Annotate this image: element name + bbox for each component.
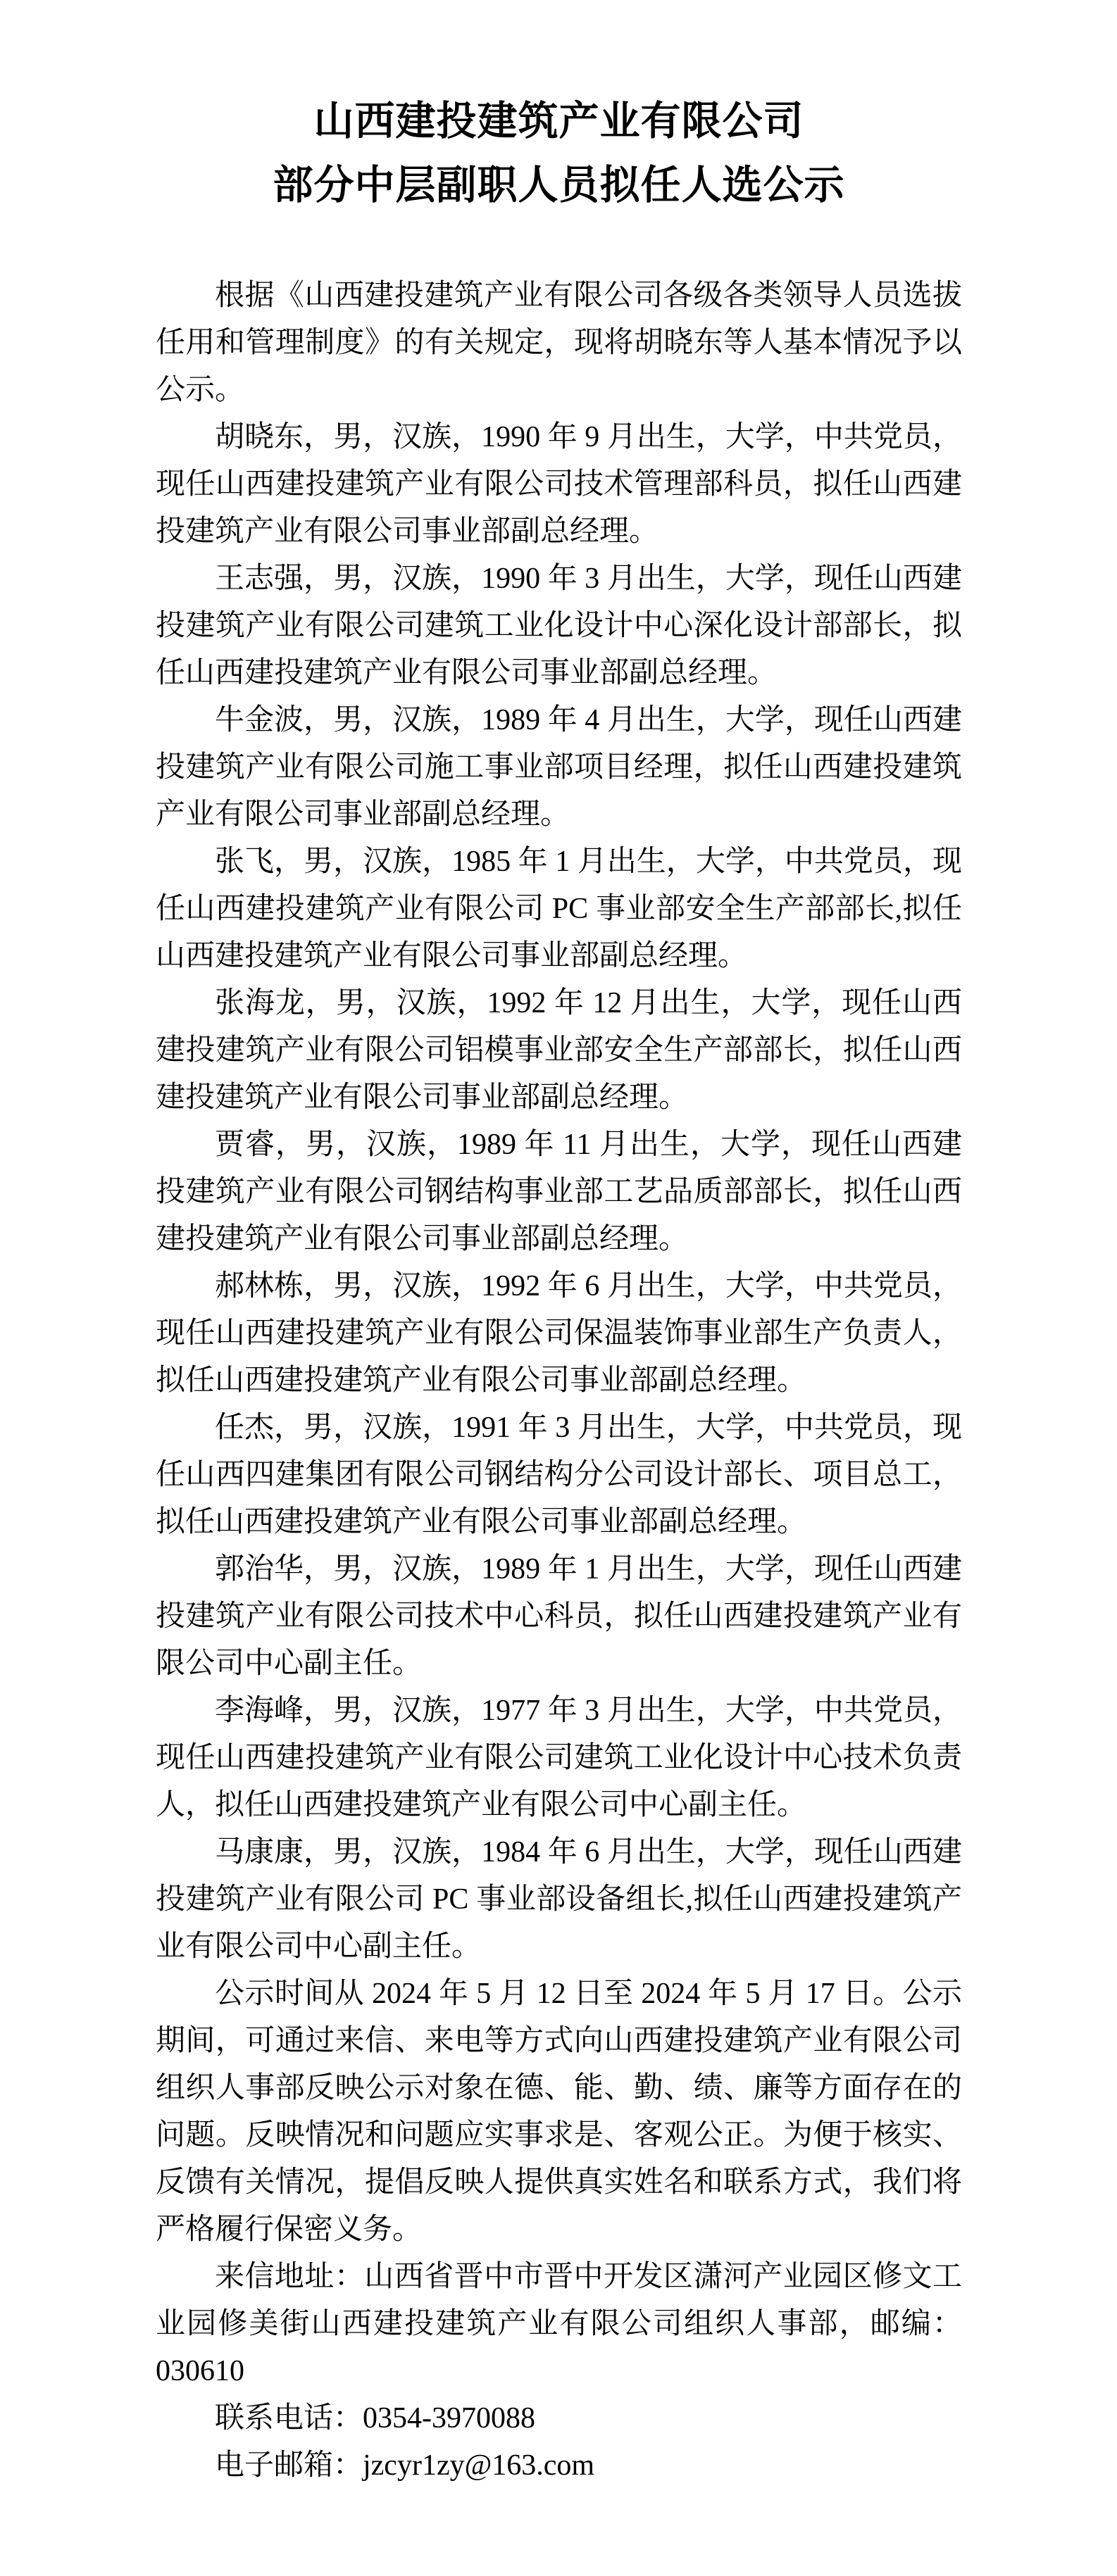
para-person-guo-zhihua: 郭治华，男，汉族，1989 年 1 月出生，大学，现任山西建投建筑产业有限公司技… bbox=[156, 1546, 962, 1688]
document-title-line-2: 部分中层副职人员拟任人选公示 bbox=[156, 153, 962, 218]
para-publicity-period: 公示时间从 2024 年 5 月 12 日至 2024 年 5 月 17 日。公… bbox=[156, 1971, 962, 2254]
para-person-li-haifeng: 李海峰，男，汉族，1977 年 3 月出生，大学，中共党员，现任山西建投建筑产业… bbox=[156, 1688, 962, 1829]
para-intro: 根据《山西建投建筑产业有限公司各级各类领导人员选拔任用和管理制度》的有关规定，现… bbox=[156, 272, 962, 414]
para-email: 电子邮箱：jzcyr1zy@163.com bbox=[156, 2442, 962, 2489]
para-mail-address: 来信地址：山西省晋中市晋中开发区潇河产业园区修文工业园修美街山西建投建筑产业有限… bbox=[156, 2254, 962, 2395]
para-person-wang-zhiqiang: 王志强，男，汉族，1990 年 3 月出生，大学，现任山西建投建筑产业有限公司建… bbox=[156, 555, 962, 697]
announcement-page: 山西建投建筑产业有限公司 部分中层副职人员拟任人选公示 根据《山西建投建筑产业有… bbox=[0, 0, 1117, 2576]
para-person-zhang-fei: 张飞，男，汉族，1985 年 1 月出生，大学，中共党员，现任山西建投建筑产业有… bbox=[156, 838, 962, 980]
para-person-ma-kangkang: 马康康，男，汉族，1984 年 6 月出生，大学，现任山西建投建筑产业有限公司 … bbox=[156, 1829, 962, 1971]
document-title-line-1: 山西建投建筑产业有限公司 bbox=[156, 89, 962, 153]
para-person-hao-lindong: 郝林栋，男，汉族，1992 年 6 月出生，大学，中共党员，现任山西建投建筑产业… bbox=[156, 1263, 962, 1405]
para-person-zhang-hailong: 张海龙，男，汉族，1992 年 12 月出生，大学，现任山西建投建筑产业有限公司… bbox=[156, 980, 962, 1121]
document-body: 根据《山西建投建筑产业有限公司各级各类领导人员选拔任用和管理制度》的有关规定，现… bbox=[156, 272, 962, 2489]
para-phone: 联系电话：0354-3970088 bbox=[156, 2395, 962, 2442]
para-person-niu-jinbo: 牛金波，男，汉族，1989 年 4 月出生，大学，现任山西建投建筑产业有限公司施… bbox=[156, 697, 962, 838]
para-person-jia-rui: 贾睿，男，汉族，1989 年 11 月出生，大学，现任山西建投建筑产业有限公司钢… bbox=[156, 1121, 962, 1263]
document-title: 山西建投建筑产业有限公司 部分中层副职人员拟任人选公示 bbox=[156, 89, 962, 218]
para-person-ren-jie: 任杰，男，汉族，1991 年 3 月出生，大学，中共党员，现任山西四建集团有限公… bbox=[156, 1405, 962, 1546]
para-person-hu-xiaodong: 胡晓东，男，汉族，1990 年 9 月出生，大学，中共党员，现任山西建投建筑产业… bbox=[156, 414, 962, 555]
